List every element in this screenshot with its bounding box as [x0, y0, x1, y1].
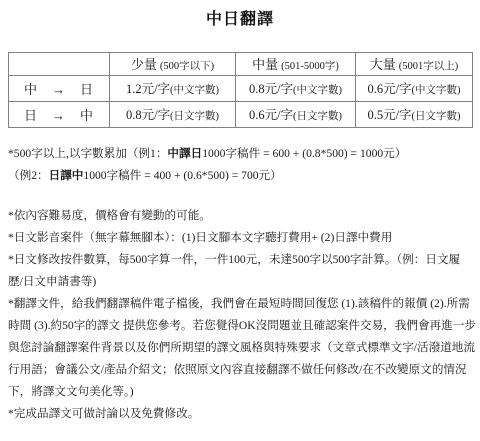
price-cell: 0.8元/字(日文字數)	[110, 102, 236, 128]
header-main-label: 少量	[131, 57, 157, 72]
note-paragraph: *日文影音案件（無字幕無腳本）：(1)日文腳本文字聽打費用+ (2)日譯中費用	[8, 227, 472, 249]
note-line: *依內容難易度，價格會有變動的可能。	[8, 205, 472, 227]
note-paragraph: *依內容難易度，價格會有變動的可能。	[8, 205, 472, 227]
note-line: 歷/日文申請書等)	[8, 271, 472, 293]
header-sub-label: (500字以下)	[160, 61, 214, 72]
note-line: （例2：日譯中1000字稿件 = 400 + (0.6*500) = 700元）	[8, 165, 472, 187]
price-cell: 0.5元/字(日文字數)	[356, 102, 473, 128]
note-line: *日文修改按件數算，每500字算一件，一件100元，未達500字以500字計算。…	[8, 249, 472, 271]
table-header-row: 少量(500字以下) 中量(501-5000字) 大量(5001字以上)	[9, 53, 473, 76]
price-cell: 1.2元/字(中文字數)	[110, 76, 236, 102]
price-value: 0.6元/字	[367, 82, 411, 96]
note-line: *500字以上,以字數累加（例1：中譯日1000字稿件 = 600 + (0.8…	[8, 143, 472, 165]
header-sub-label: (501-5000字)	[281, 61, 339, 72]
table-header-corner	[9, 53, 110, 76]
table-row-ja-to-zh: 日 → 中 0.8元/字(日文字數) 0.6元/字(日文字數) 0.5元/字(日…	[9, 102, 473, 128]
price-value: 0.8元/字	[126, 108, 170, 122]
price-note: (日文字數)	[170, 111, 219, 122]
note-line: *翻譯文件，給我們翻譯稿件電子檔後，我們會在最短時間回復您 (1).該稿件的報價…	[8, 293, 472, 315]
row-label-zh-to-ja: 中 → 日	[9, 76, 110, 102]
note-paragraph: *翻譯文件，給我們翻譯稿件電子檔後，我們會在最短時間回復您 (1).該稿件的報價…	[8, 293, 472, 403]
note-line: 行用語；會議公文/產品介紹文；依照原文內容直接翻譯不做任何修改/在不改變原文的情…	[8, 359, 472, 381]
note-line: 下，將譯文文句美化等。)	[8, 381, 472, 403]
price-note: (日文字數)	[293, 111, 342, 122]
price-note: (中文字數)	[170, 85, 219, 96]
note-line: *完成品譯文可做討論以及免費修改。	[8, 403, 472, 425]
price-value: 1.2元/字	[126, 82, 170, 96]
document-title: 中日翻譯	[8, 10, 472, 30]
note-line: *日文影音案件（無字幕無腳本）：(1)日文腳本文字聽打費用+ (2)日譯中費用	[8, 227, 472, 249]
note-line: 與您討論翻譯案件背景以及你們所期望的譯文風格與特殊要求（文章式標準文字/活潑道地…	[8, 337, 472, 359]
header-sub-label: (5001字以上)	[399, 61, 459, 72]
notes-section: *500字以上,以字數累加（例1：中譯日1000字稿件 = 600 + (0.8…	[8, 143, 472, 425]
price-cell: 0.6元/字(日文字數)	[236, 102, 356, 128]
price-note: (日文字數)	[412, 111, 461, 122]
price-note: (中文字數)	[293, 85, 342, 96]
price-cell: 0.8元/字(中文字數)	[236, 76, 356, 102]
table-header-medium-volume: 中量(501-5000字)	[236, 53, 356, 76]
row-label-ja-to-zh: 日 → 中	[9, 102, 110, 128]
price-value: 0.5元/字	[367, 108, 411, 122]
note-paragraph: *500字以上,以字數累加（例1：中譯日1000字稿件 = 600 + (0.8…	[8, 143, 472, 187]
price-value: 0.8元/字	[249, 82, 293, 96]
header-main-label: 大量	[370, 57, 396, 72]
price-note: (中文字數)	[412, 85, 461, 96]
pricing-table: 少量(500字以下) 中量(501-5000字) 大量(5001字以上) 中 →…	[8, 52, 473, 128]
price-value: 0.6元/字	[249, 108, 293, 122]
header-main-label: 中量	[252, 57, 278, 72]
table-header-small-volume: 少量(500字以下)	[110, 53, 236, 76]
table-row-zh-to-ja: 中 → 日 1.2元/字(中文字數) 0.8元/字(中文字數) 0.6元/字(中…	[9, 76, 473, 102]
note-line: 時間 (3).約50字的譯文 提供您參考。若您覺得OK沒問題並且確認案件交易，我…	[8, 315, 472, 337]
note-paragraph: *日文修改按件數算，每500字算一件，一件100元，未達500字以500字計算。…	[8, 249, 472, 293]
table-header-large-volume: 大量(5001字以上)	[356, 53, 473, 76]
document-page: 中日翻譯 少量(500字以下) 中量(501-5000字) 大量(5001字以上…	[0, 0, 480, 441]
note-paragraph: *完成品譯文可做討論以及免費修改。	[8, 403, 472, 425]
price-cell: 0.6元/字(中文字數)	[356, 76, 473, 102]
